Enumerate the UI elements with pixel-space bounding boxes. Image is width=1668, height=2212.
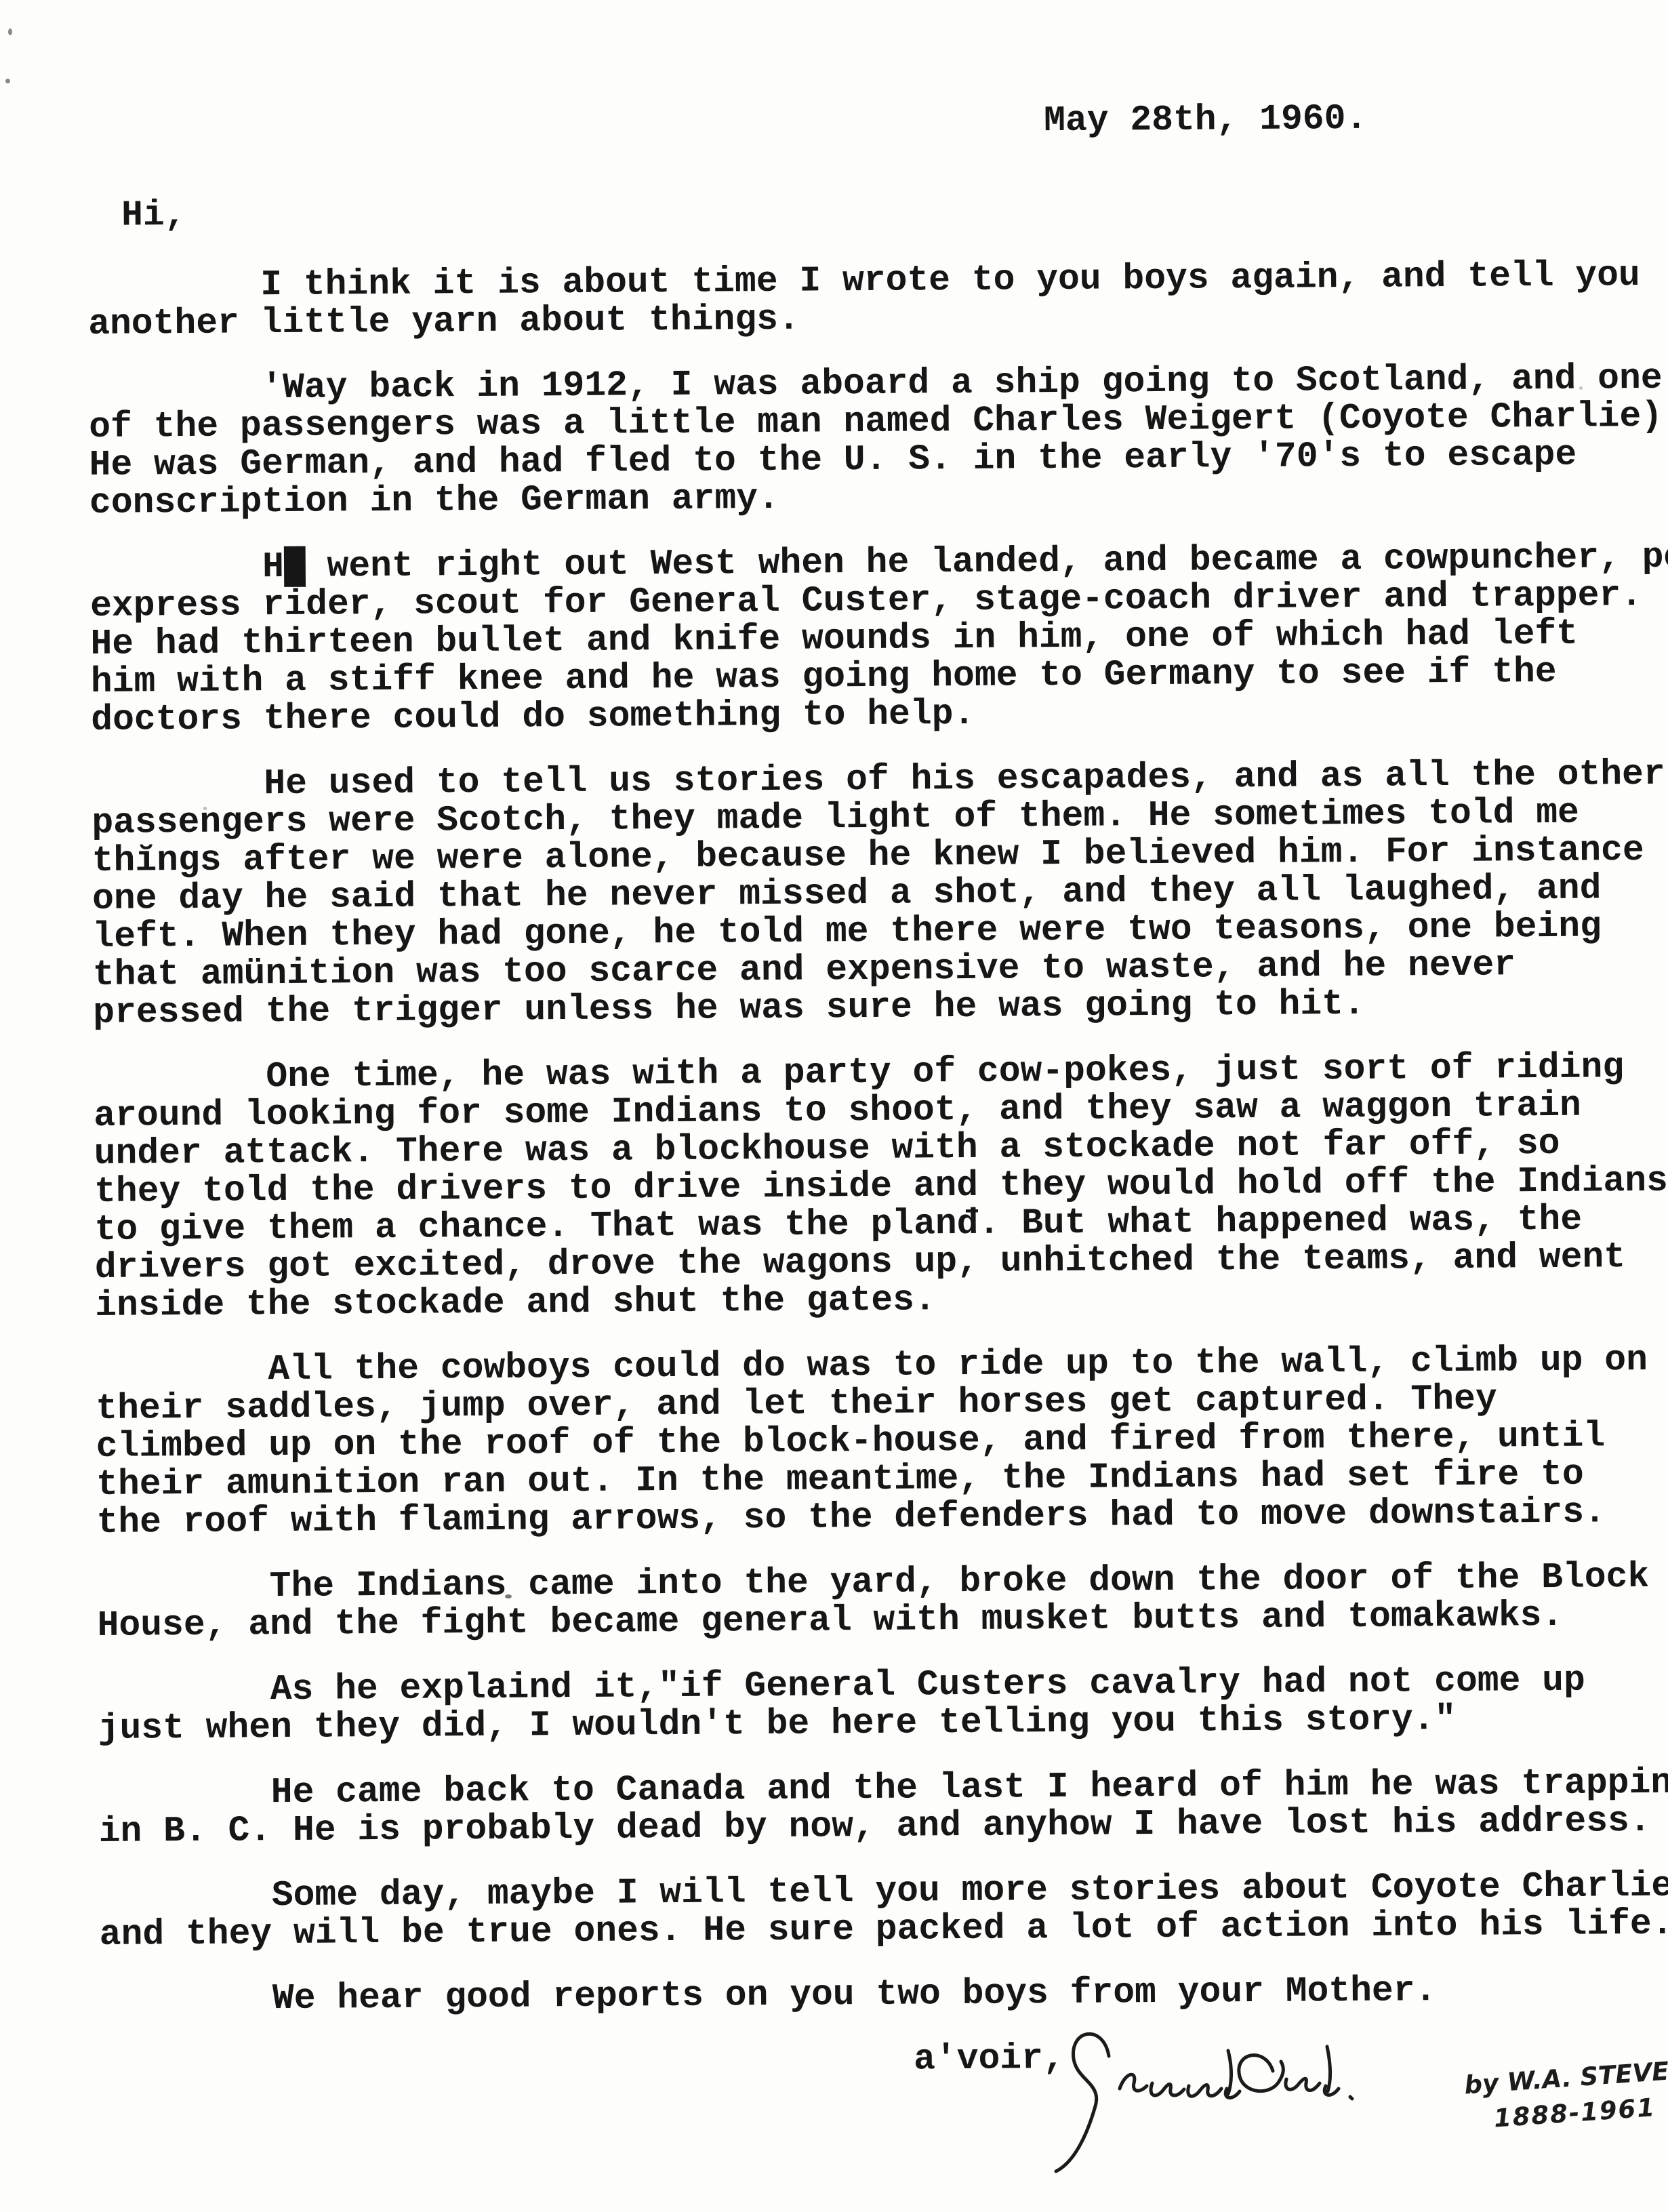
scan-speck (203, 807, 207, 810)
letter-date: May 28th, 1960. (1044, 96, 1668, 190)
paragraph-7: The Indians came into the yard, broke do… (97, 1556, 1668, 1645)
paragraph-6: All the cowboys could do was to ride up … (96, 1340, 1668, 1542)
paragraph-8: As he explaind it,"if General Custers ca… (98, 1660, 1668, 1748)
paragraph-10: Some day, maybe I will tell you more sto… (99, 1866, 1668, 1954)
paragraph-5: One time, he was with a party of cow-pok… (94, 1047, 1668, 1325)
paragraph-9: He came back to Canada and the last I he… (98, 1763, 1668, 1851)
scan-speck (8, 28, 12, 35)
scan-speck (1579, 386, 1583, 390)
paragraph-4: He used to tell us stories of his escapa… (91, 754, 1668, 1032)
paragraph-2: 'Way back in 1912, I was aboard a ship g… (89, 358, 1668, 522)
paragraph-1: I think it is about time I wrote to you … (88, 255, 1668, 343)
signature-grand-dad (1044, 2003, 1410, 2186)
greeting: Hi, (121, 184, 1668, 235)
paragraph-3: H█ went right out West when he landed, a… (90, 537, 1668, 739)
letter-page: May 28th, 1960. Hi, I think it is about … (0, 0, 1668, 2212)
scan-speck (505, 1594, 512, 1598)
scan-speck (5, 79, 10, 83)
archival-annotation: by W.A. STEVE 1888-1961 (1463, 2054, 1668, 2139)
typed-content: May 28th, 1960. Hi, I think it is about … (87, 96, 1668, 2084)
paragraph-11: We hear good reports on you two boys fro… (100, 1969, 1668, 2019)
